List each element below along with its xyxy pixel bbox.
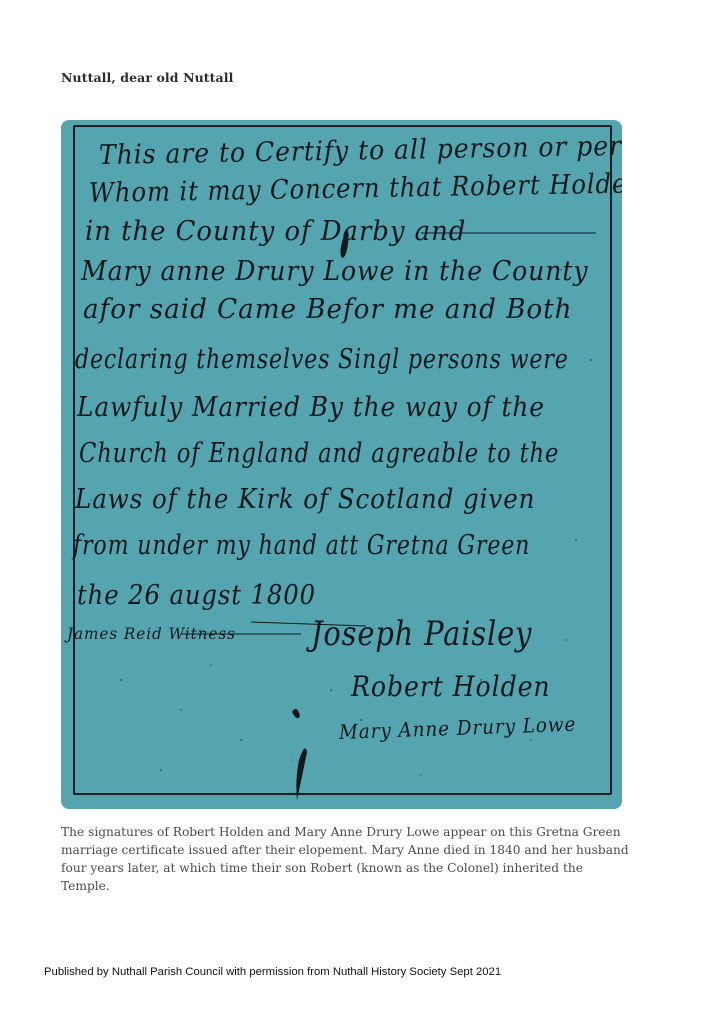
certificate-line-11: the 26 augst 1800: [77, 580, 316, 611]
certificate-line-9: Laws of the Kirk of Scotland given: [75, 484, 535, 515]
certificate-line-3: in the County of Darby and: [85, 216, 466, 247]
groom-signature: Robert Holden: [351, 670, 551, 703]
witness-signature: James Reid Witness: [67, 624, 236, 643]
certificate-line-5: afor said Came Befor me and Both: [83, 294, 572, 325]
officiant-signature: Joseph Paisley: [311, 614, 532, 654]
marriage-certificate-image: This are to Certify to all person or per…: [61, 120, 622, 809]
certificate-line-8: Church of England and agreable to the: [79, 438, 559, 469]
certificate-line-6: declaring themselves Singl persons were: [75, 344, 569, 375]
certificate-line-7: Lawfuly Married By the way of the: [77, 392, 545, 423]
page-footer: Published by Nuthall Parish Council with…: [44, 966, 501, 978]
running-head: Nuttall, dear old Nuttall: [61, 70, 233, 85]
figure-caption: The signatures of Robert Holden and Mary…: [61, 823, 631, 895]
certificate-line-4: Mary anne Drury Lowe in the County: [81, 256, 588, 287]
certificate-line-10: from under my hand att Gretna Green: [73, 530, 530, 561]
